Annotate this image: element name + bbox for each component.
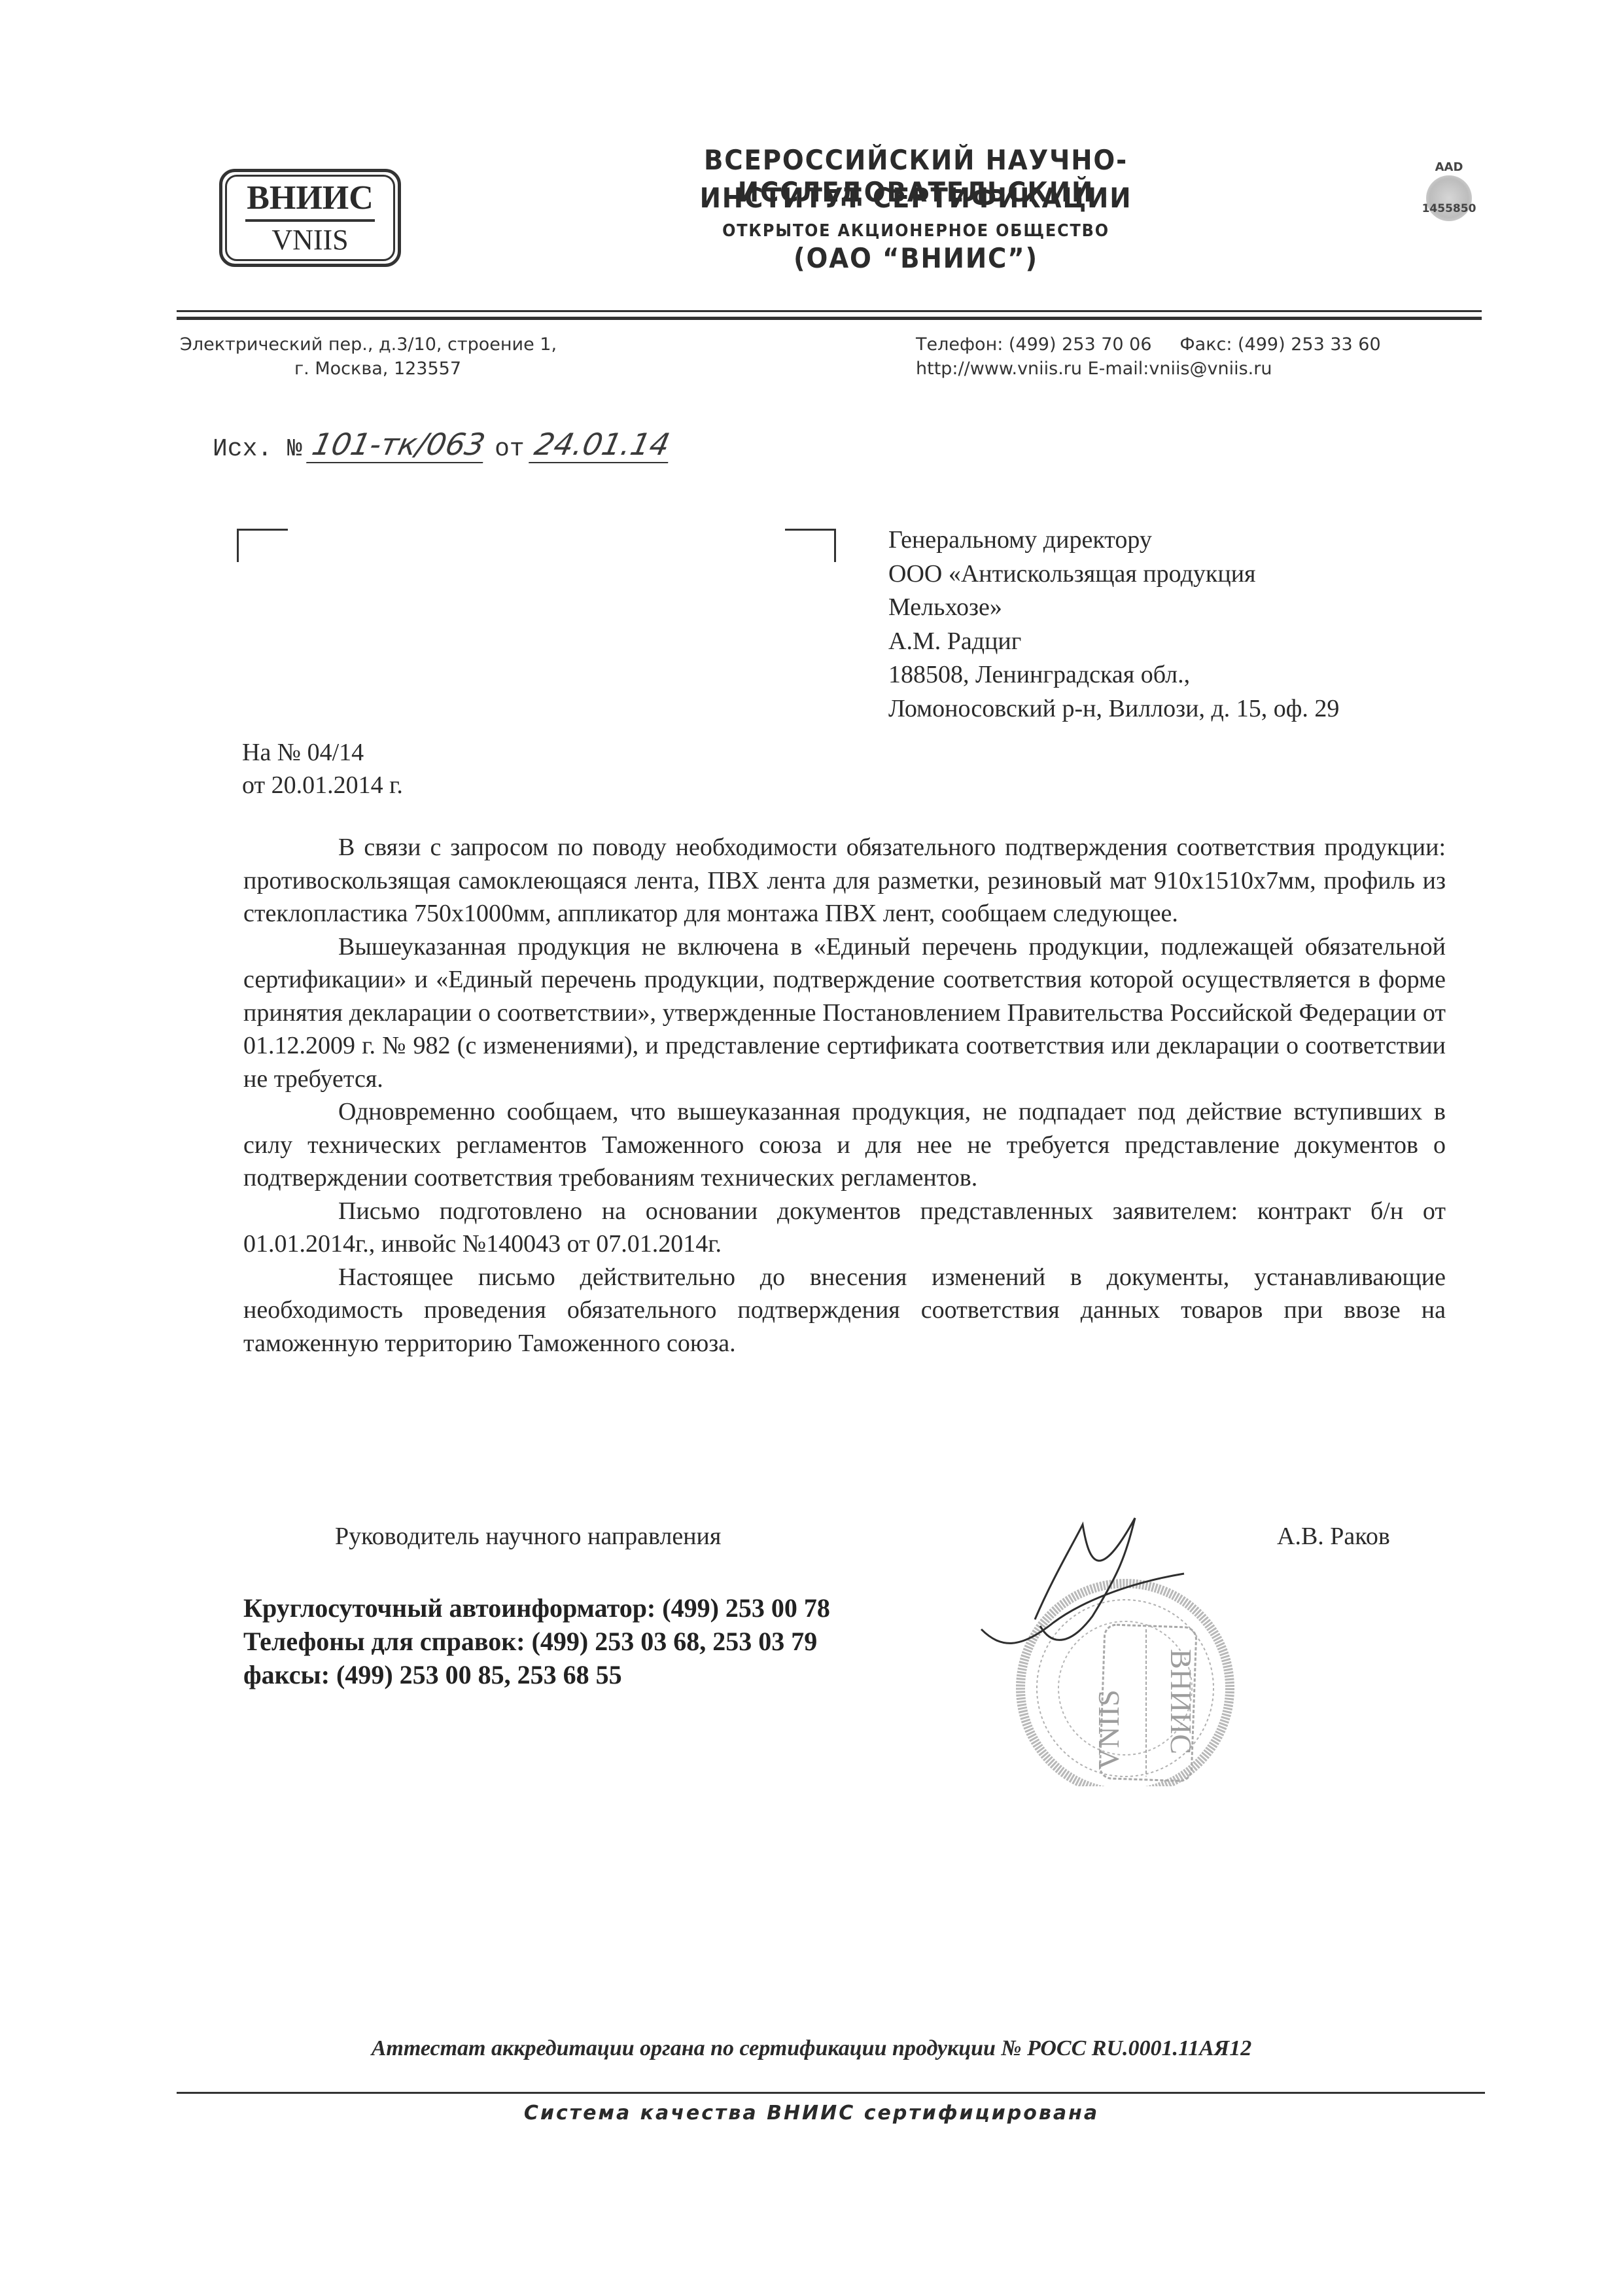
body-paragraph: Одновременно сообщаем, что вышеуказанная…: [243, 1095, 1446, 1195]
body-paragraph: Настоящее письмо действительно до внесен…: [243, 1261, 1446, 1360]
aad-seal-top: AAD: [1406, 160, 1492, 174]
footer-rule: [177, 2092, 1485, 2094]
official-stamp-icon: ВНИИС VNIIS: [975, 1511, 1236, 1786]
aad-seal-icon: AAD 1455850: [1406, 160, 1492, 239]
body-paragraph: Вышеуказанная продукция не включена в «Е…: [243, 930, 1446, 1096]
web-email: http://www.vniis.ru E-mail:vniis@vniis.r…: [916, 357, 1381, 381]
recipient-line: А.М. Радциг: [888, 625, 1339, 659]
aad-seal-number: 1455850: [1406, 202, 1492, 215]
outgoing-label: Исх. №: [213, 435, 302, 463]
fax-numbers: факсы: (499) 253 00 85, 253 68 55: [243, 1658, 830, 1691]
signatory-name: А.В. Раков: [1277, 1522, 1390, 1551]
body-paragraph: Письмо подготовлено на основании докумен…: [243, 1195, 1446, 1261]
recipient-line: Мельхозе»: [888, 591, 1339, 625]
phone-fax: Телефон: (499) 253 70 06 Факс: (499) 253…: [916, 332, 1381, 357]
outgoing-date-value: 24.01.14: [529, 427, 676, 463]
body-paragraph: В связи с запросом по поводу необходимос…: [243, 831, 1446, 930]
address-window-corner-right: [785, 529, 836, 562]
contacts-block: Круглосуточный автоинформатор: (499) 253…: [243, 1591, 830, 1691]
reference-phones: Телефоны для справок: (499) 253 03 68, 2…: [243, 1625, 830, 1658]
logo-text-ru: ВНИИС: [247, 181, 374, 215]
signatory-title: Руководитель научного направления: [335, 1522, 721, 1551]
accreditation-note: Аттестат аккредитации органа по сертифик…: [0, 2036, 1623, 2061]
letter-body: В связи с запросом по поводу необходимос…: [243, 831, 1446, 1360]
svg-text:ВНИИС: ВНИИС: [1164, 1649, 1198, 1754]
org-title-line2: ИНСТИТУТ СЕРТИФИКАЦИИ: [531, 182, 1301, 214]
logo-divider: [245, 219, 375, 222]
address-line1: Электрический пер., д.3/10, строение 1,: [180, 332, 557, 357]
org-title-line3: ОТКРЫТОЕ АКЦИОНЕРНОЕ ОБЩЕСТВО: [531, 221, 1301, 241]
reference-block: На № 04/14 от 20.01.2014 г.: [242, 736, 403, 802]
recipient-line: Генеральному директору: [888, 523, 1339, 557]
vniis-logo: ВНИИС VNIIS: [219, 169, 401, 267]
outgoing-number-value: 101-тк/063: [306, 427, 491, 463]
org-address: Электрический пер., д.3/10, строение 1, …: [180, 332, 557, 381]
address-line2: г. Москва, 123557: [180, 357, 557, 381]
quality-note: Система качества ВНИИС сертифицирована: [0, 2102, 1623, 2125]
recipient-line: ООО «Антискользящая продукция: [888, 557, 1339, 592]
reference-date: от 20.01.2014 г.: [242, 769, 403, 802]
reference-number: На № 04/14: [242, 736, 403, 769]
org-contacts: Телефон: (499) 253 70 06 Факс: (499) 253…: [916, 332, 1381, 381]
outgoing-date-label: от: [495, 435, 525, 463]
recipient-line: 188508, Ленинградская обл.,: [888, 658, 1339, 692]
org-title-line4: (ОАО “ВНИИС”): [531, 242, 1301, 274]
header-rule-thick: [177, 317, 1482, 320]
header-rule-thin: [177, 310, 1482, 312]
address-window-corner-left: [237, 529, 288, 562]
logo-text-en: VNIIS: [271, 226, 348, 255]
svg-text:VNIIS: VNIIS: [1092, 1689, 1125, 1770]
autoinformer-phone: Круглосуточный автоинформатор: (499) 253…: [243, 1591, 830, 1625]
recipient-block: Генеральному директору ООО «Антискользящ…: [888, 523, 1339, 726]
recipient-line: Ломоносовский р-н, Виллози, д. 15, оф. 2…: [888, 692, 1339, 726]
outgoing-number: Исх. № 101-тк/063 от 24.01.14: [213, 427, 672, 463]
